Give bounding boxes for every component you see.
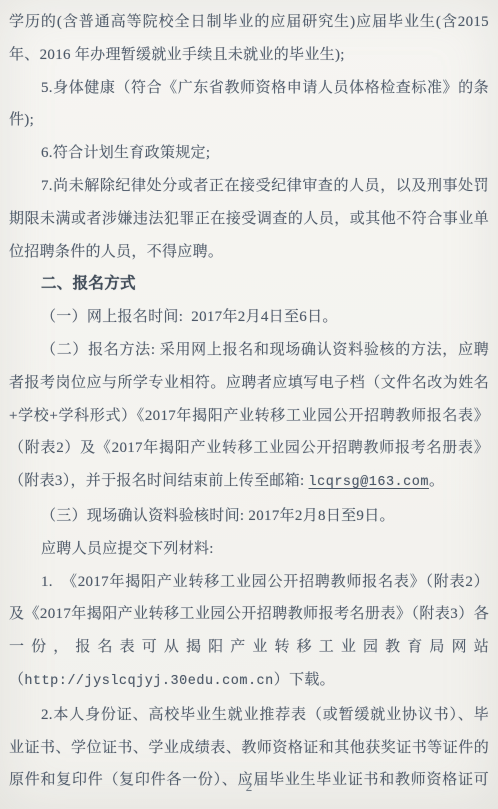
text-line: （二）报名方法: 采用网上报名和现场确认资料验核的方法，应聘 xyxy=(9,334,489,367)
url-text: http://jyslcqjyj.30edu.com.cn xyxy=(24,674,273,689)
text-run: 2.本人身份证、高校毕业生就业推荐表（或暂缓就业协议书）、毕 xyxy=(41,707,489,723)
text-line: （一）网上报名时间: 2017年2月4日至6日。 xyxy=(9,301,489,334)
text-line: 者报考岗位应与所学专业相符。应聘者应填写电子档（文件名改为姓名 xyxy=(9,367,489,400)
text-run: （附表3），并于报名时间结束前上传至邮箱: xyxy=(9,473,309,489)
text-run: 期限未满或者涉嫌违法犯罪正在接受调查的人员，或其他不符合事业单 xyxy=(9,211,489,227)
text-run: （三）现场确认资料验核时间: 2017年2月8日至9日。 xyxy=(41,508,395,524)
text-line: 业证书、学位证书、学业成绩表、教师资格证和其他获奖证书等证件的 xyxy=(9,732,489,765)
text-run: ）下载。 xyxy=(274,672,335,688)
text-line: 期限未满或者涉嫌违法犯罪正在接受调查的人员，或其他不符合事业单 xyxy=(9,203,489,236)
text-run: 业证书、学位证书、学业成绩表、教师资格证和其他获奖证书等证件的 xyxy=(9,740,489,756)
text-run: （附表2）及《2017年揭阳产业转移工业园公开招聘教师报考名册表》 xyxy=(9,440,489,456)
email-text: lcqrsg@163.com xyxy=(309,475,429,490)
text-run: 学历的(含普通高等院校全日制毕业的应届研究生)应届毕业生(含2015 xyxy=(9,14,489,30)
text-run: 5.身体健康（符合《广东省教师资格申请人员体格检查标准》的条 xyxy=(41,80,489,96)
text-line: （附表2）及《2017年揭阳产业转移工业园公开招聘教师报考名册表》 xyxy=(9,432,489,465)
text-line: 位招聘条件的人员，不得应聘。 xyxy=(9,236,489,269)
text-run: （ xyxy=(9,672,24,688)
text-line: （附表3），并于报名时间结束前上传至邮箱: lcqrsg@163.com。 xyxy=(9,465,489,500)
text-run: 者报考岗位应与所学专业相符。应聘者应填写电子档（文件名改为姓名 xyxy=(9,375,489,391)
text-line: 及《2017年揭阳产业转移工业园公开招聘教师报考名册表》（附表3）各 xyxy=(9,598,489,631)
text-run: （一）网上报名时间: 2017年2月4日至6日。 xyxy=(41,309,338,325)
text-run: 6.符合计划生育政策规定; xyxy=(41,145,210,161)
text-run: 位招聘条件的人员，不得应聘。 xyxy=(9,244,223,260)
text-run: 二、报名方式 xyxy=(41,275,136,292)
text-line: 2.本人身份证、高校毕业生就业推荐表（或暂缓就业协议书）、毕 xyxy=(9,699,489,732)
text-line: 学历的(含普通高等院校全日制毕业的应届研究生)应届毕业生(含2015 xyxy=(9,6,489,39)
text-line: 6.符合计划生育政策规定; xyxy=(9,137,489,170)
section-heading: 二、报名方式 xyxy=(9,268,489,301)
text-line: +学校+学科形式）《2017年揭阳产业转移工业园公开招聘教师报名表》 xyxy=(9,400,489,433)
text-run: （二）报名方法: 采用网上报名和现场确认资料验核的方法，应聘 xyxy=(41,342,489,358)
document-body: 学历的(含普通高等院校全日制毕业的应届研究生)应届毕业生(含2015年、2016… xyxy=(9,6,489,797)
text-line: 一份，报名表可从揭阳产业转移工业园教育局网站 xyxy=(9,631,489,664)
text-run: +学校+学科形式）《2017年揭阳产业转移工业园公开招聘教师报名表》 xyxy=(9,408,489,424)
text-run: 件); xyxy=(9,112,34,128)
text-run: 7.尚未解除纪律处分或者正在接受纪律审查的人员，以及刑事处罚 xyxy=(41,178,489,194)
text-line: （三）现场确认资料验核时间: 2017年2月8日至9日。 xyxy=(9,500,489,533)
page-number: 2 xyxy=(0,779,498,795)
text-line: （http://jyslcqjyj.30edu.com.cn）下载。 xyxy=(9,664,489,699)
text-run: 及《2017年揭阳产业转移工业园公开招聘教师报考名册表》（附表3）各 xyxy=(9,606,489,622)
document-page: 学历的(含普通高等院校全日制毕业的应届研究生)应届毕业生(含2015年、2016… xyxy=(0,0,498,809)
text-run: 1. 《2017年揭阳产业转移工业园公开招聘教师报名表》（附表2） xyxy=(41,574,489,590)
text-line: 7.尚未解除纪律处分或者正在接受纪律审查的人员，以及刑事处罚 xyxy=(9,170,489,203)
text-line: 1. 《2017年揭阳产业转移工业园公开招聘教师报名表》（附表2） xyxy=(9,566,489,599)
text-line: 5.身体健康（符合《广东省教师资格申请人员体格检查标准》的条 xyxy=(9,72,489,105)
text-line: 件); xyxy=(9,104,489,137)
text-run: 。 xyxy=(429,473,444,489)
text-run: 应聘人员应提交下列材料: xyxy=(41,541,214,557)
text-line: 年、2016 年办理暂缓就业手续且未就业的毕业生); xyxy=(9,39,489,72)
text-run: 年、2016 年办理暂缓就业手续且未就业的毕业生); xyxy=(9,47,345,63)
text-line: 应聘人员应提交下列材料: xyxy=(9,533,489,566)
text-run: 一份，报名表可从揭阳产业转移工业园教育局网站 xyxy=(9,639,489,655)
